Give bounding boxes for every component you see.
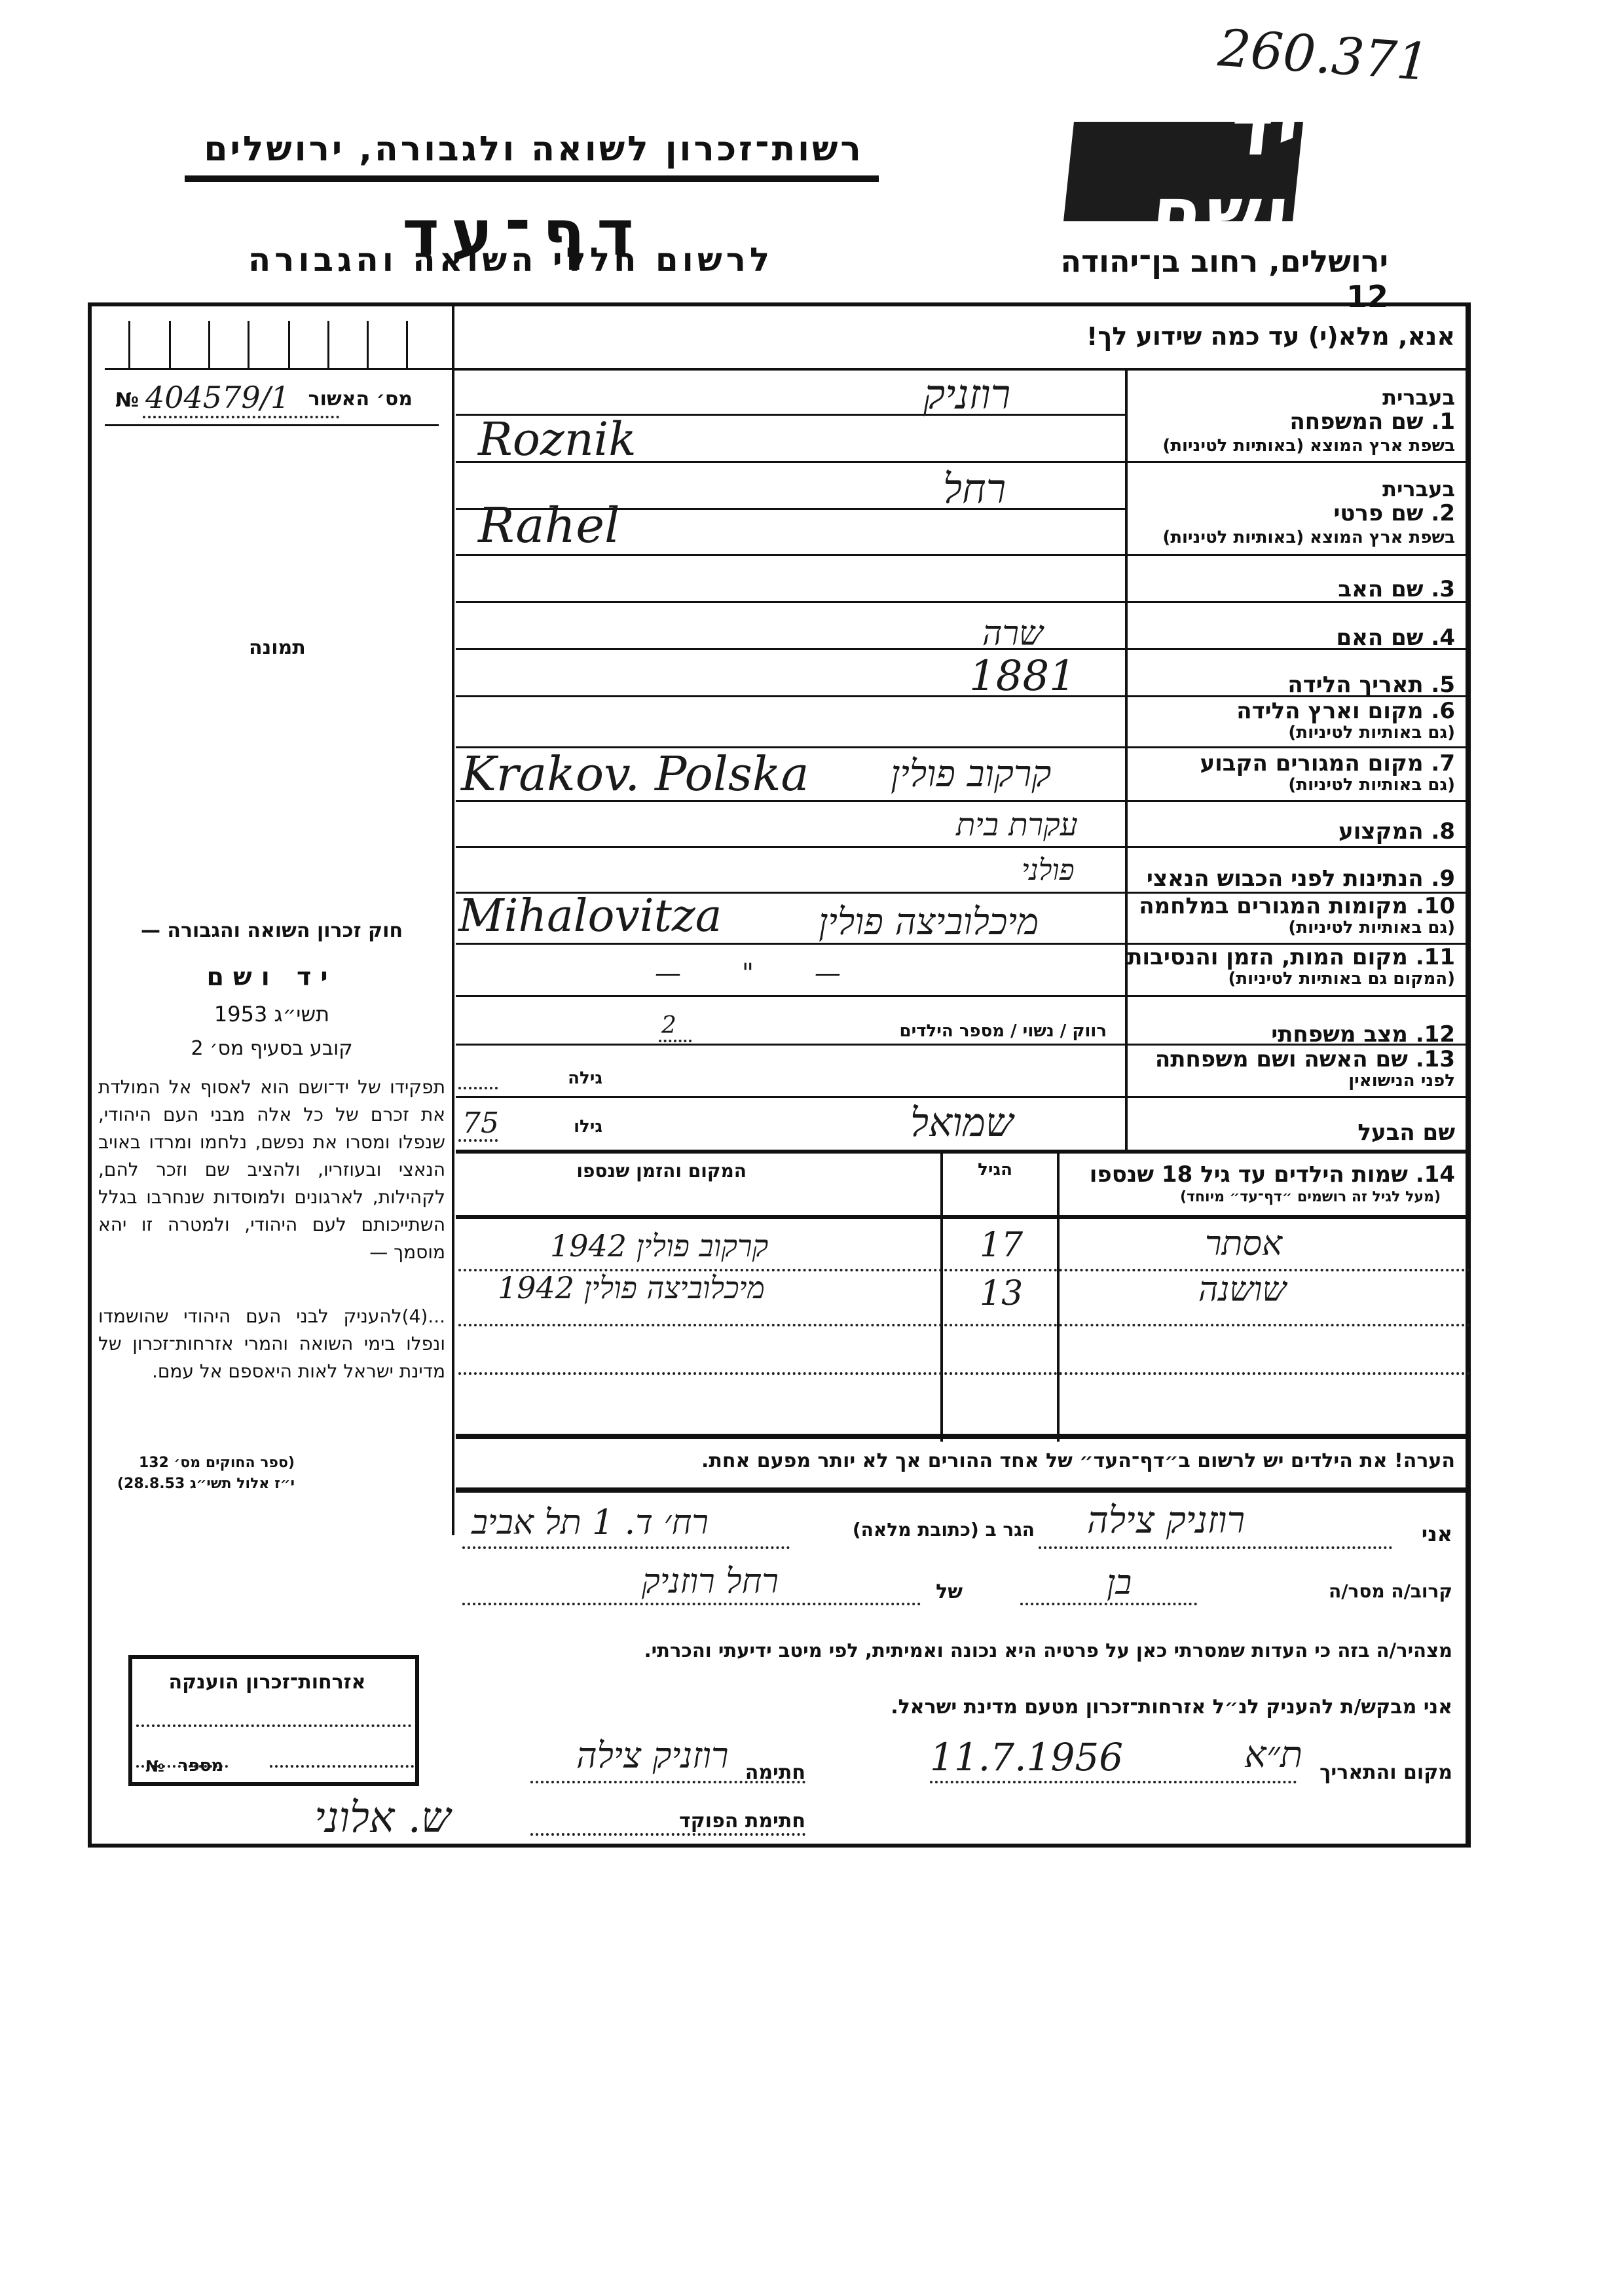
child-age[interactable]: 17 bbox=[980, 1226, 1023, 1265]
relation-value[interactable]: בן bbox=[1107, 1563, 1132, 1603]
organization-name: רשות־זכרון לשואה ולגבורה, ירושלים bbox=[177, 130, 891, 169]
field-10-sub: (גם באותיות לטיניות) bbox=[1288, 918, 1455, 938]
citizenship-request: אני מבקש/ת להעניק לנ״ל אזרחות־זכרון מטעם… bbox=[891, 1696, 1452, 1719]
field-9-label: 9. הנתינות לפני הכבוש הנאצי bbox=[1147, 866, 1455, 892]
relative-of-value[interactable]: רחל רוזניק bbox=[642, 1562, 779, 1601]
line bbox=[456, 648, 1471, 650]
citizenship-certificate-box: אזרחות־זכרון הוענקה № מספר bbox=[128, 1655, 419, 1786]
wartime-residence-hebrew[interactable]: מיכלוביצה פולין bbox=[819, 901, 1039, 943]
children-count-value[interactable]: 2 bbox=[661, 1012, 676, 1039]
of-label: של bbox=[936, 1580, 963, 1603]
certificate-line bbox=[136, 1724, 411, 1727]
line bbox=[456, 1487, 1471, 1493]
field-7-label: 7. מקום המגורים הקבוע bbox=[1200, 750, 1455, 776]
certificate-number-label: מספר bbox=[178, 1756, 223, 1776]
divider bbox=[105, 368, 452, 370]
child-place[interactable]: קרקוב פולין 1942 bbox=[550, 1228, 768, 1264]
approval-label: מס׳ האשור bbox=[308, 388, 413, 410]
divider bbox=[452, 306, 454, 372]
law-heading: חוק זכרון השואה והגבורה — bbox=[98, 919, 445, 942]
children-table-header-place: המקום והזמן שנספו bbox=[576, 1160, 747, 1182]
field-1-label: 1. שם המשפחה bbox=[1289, 409, 1455, 435]
law-body: תפקידו של יד־ושם הוא לאסוף אל המולדת את … bbox=[98, 1074, 445, 1266]
first-name-hebrew[interactable]: רחל bbox=[943, 465, 1006, 513]
declarant-i-label: אני bbox=[1422, 1522, 1452, 1546]
line bbox=[456, 1096, 1471, 1098]
law-citation-1: (ספר החוקים מס׳ 132 bbox=[98, 1455, 295, 1471]
table-column-divider bbox=[1057, 1154, 1060, 1442]
field-3-label: 3. שם האב bbox=[1338, 576, 1455, 602]
place-date-label: מקום והתאריך bbox=[1319, 1761, 1452, 1784]
child-name[interactable]: אסתר bbox=[1205, 1224, 1282, 1264]
date-value[interactable]: 11.7.1956 bbox=[930, 1735, 1123, 1779]
address-line bbox=[462, 1546, 790, 1549]
field-2-label: 2. שם פרטי bbox=[1333, 500, 1455, 526]
archive-number: 260.371 bbox=[1216, 19, 1431, 92]
field-6-sub: (גם באותיות לטיניות) bbox=[1288, 723, 1455, 742]
line bbox=[456, 601, 1471, 603]
official-signature[interactable]: ש. אלוני bbox=[314, 1794, 451, 1842]
law-name: יד ושם bbox=[98, 962, 445, 991]
children-count-line bbox=[659, 1040, 692, 1042]
husband-age-line bbox=[458, 1139, 498, 1142]
relation-line bbox=[1020, 1603, 1197, 1605]
certificate-title: אזרחות־זכרון הוענקה bbox=[132, 1671, 402, 1694]
child-age[interactable]: 13 bbox=[980, 1274, 1023, 1313]
family-name-hebrew[interactable]: רוזניק bbox=[923, 371, 1010, 419]
field-13-label: 13. שם האשה ושם משפחתה bbox=[1155, 1046, 1455, 1072]
death-place-value[interactable]: — " — bbox=[655, 958, 867, 989]
field-6-label: 6. מקום וארץ הלידה bbox=[1236, 698, 1455, 724]
signature-line bbox=[530, 1781, 805, 1783]
mother-name-value[interactable]: שרה bbox=[982, 614, 1043, 653]
header-rule bbox=[185, 175, 879, 182]
row-line bbox=[458, 1372, 1471, 1375]
approval-no-symbol: № bbox=[115, 389, 139, 412]
line bbox=[456, 846, 1471, 848]
line bbox=[456, 995, 1471, 997]
husband-name-value[interactable]: שמואל bbox=[910, 1100, 1013, 1146]
law-year: תשי״ג 1953 bbox=[98, 1002, 445, 1027]
nationality-value[interactable]: פולני bbox=[1022, 854, 1075, 887]
field-1-sub: בשפת ארץ המוצא (באותיות לטיניות) bbox=[1162, 436, 1455, 456]
children-note: הערה! את הילדים יש לרשום ב״דף־העד״ של אח… bbox=[701, 1449, 1455, 1472]
label-column-border bbox=[1125, 370, 1128, 1152]
divider bbox=[105, 424, 439, 426]
field-7-sub: (גם באותיות לטיניות) bbox=[1288, 775, 1455, 795]
official-signature-label: חתימת הפוקד bbox=[679, 1810, 805, 1832]
marital-status-options[interactable]: רווק / נשוי / מספר הילדים bbox=[899, 1021, 1107, 1041]
child-place[interactable]: מיכלוביצה פולין 1942 bbox=[498, 1270, 765, 1305]
children-table-header-names: 14. שמות הילדים עד גיל 18 שנספו bbox=[1090, 1161, 1455, 1188]
family-name-latin[interactable]: Roznik bbox=[478, 412, 637, 466]
field-11-label: 11. מקום המות, הזמן והנסיבות bbox=[1127, 944, 1455, 970]
place-value[interactable]: ת״א bbox=[1244, 1734, 1302, 1776]
logo-text: יד ושם bbox=[1060, 88, 1307, 255]
instructions: אנא, מלא(י) עד כמה שידוע לך! bbox=[1086, 322, 1455, 351]
birth-date-value[interactable]: 1881 bbox=[969, 652, 1076, 701]
line bbox=[456, 554, 1471, 556]
field-2-sub: בשפת ארץ המוצא (באותיות לטיניות) bbox=[1162, 528, 1455, 547]
husband-age-value[interactable]: 75 bbox=[462, 1106, 499, 1140]
law-section: קובע בסעיף מס׳ 2 bbox=[98, 1037, 445, 1060]
line bbox=[456, 1044, 1471, 1046]
wife-age-line bbox=[458, 1087, 498, 1089]
line bbox=[456, 1150, 1471, 1154]
residing-label: הגר ב (כתובת מלאה) bbox=[853, 1519, 1035, 1540]
field-8-label: 8. המקצוע bbox=[1338, 818, 1455, 845]
husband-name-label: שם הבעל bbox=[1357, 1120, 1455, 1146]
field-13-sub: לפני הנישואין bbox=[1348, 1071, 1455, 1091]
declarant-name-line bbox=[1039, 1546, 1392, 1549]
certificate-number-symbol: № bbox=[145, 1757, 164, 1776]
official-signature-line bbox=[530, 1833, 805, 1836]
place-date-line bbox=[930, 1781, 1297, 1783]
photo-placeholder-label: תמונה bbox=[249, 636, 306, 659]
relative-label: קרוב/ה מסר/ה bbox=[1329, 1580, 1452, 1602]
table-column-divider bbox=[940, 1154, 943, 1442]
field-5-label: 5. תאריך הלידה bbox=[1287, 672, 1455, 698]
law-clause: ...(4)להעניק לבני העם היהודי שהושמדו ונפ… bbox=[98, 1303, 445, 1385]
children-table-header-sub: (מעל לגיל זה רושמים ״דף־עד״ מיוחד) bbox=[1180, 1189, 1441, 1205]
wife-age-label: גילה bbox=[568, 1068, 602, 1088]
approval-number[interactable]: 404579/1 bbox=[145, 380, 289, 415]
line bbox=[456, 1215, 1471, 1219]
law-citation-2: י״ז אלול תשי״ג 28.8.53) bbox=[98, 1476, 295, 1492]
declaration-statement: מצהיר/ה בזה כי העדות שמסרתי כאן על פרטיה… bbox=[644, 1639, 1452, 1662]
line bbox=[456, 695, 1471, 697]
husband-age-label: גילו bbox=[574, 1117, 602, 1137]
profession-value[interactable]: עקרת בית bbox=[956, 807, 1078, 843]
field-11-sub: (המקום גם באותיות לטיניות) bbox=[1228, 969, 1455, 989]
residence-hebrew[interactable]: קרקוב פולין bbox=[891, 753, 1051, 795]
line bbox=[456, 1434, 1471, 1439]
declarant-signature[interactable]: רוזניק צילה bbox=[576, 1735, 729, 1776]
declarant-address-value[interactable]: רח׳ ד. 1 תל אביב bbox=[471, 1503, 709, 1542]
wartime-residence-latin[interactable]: Mihalovitza bbox=[458, 890, 722, 942]
left-column-border bbox=[452, 370, 454, 1535]
declarant-name-value[interactable]: רוזניק צילה bbox=[1087, 1499, 1245, 1542]
field-10-label: 10. מקומות המגורים במלחמה bbox=[1139, 893, 1455, 919]
hebrew-tag-2: בעברית bbox=[1382, 477, 1455, 501]
hebrew-tag-1: בעברית bbox=[1382, 385, 1455, 410]
row-line bbox=[458, 1324, 1471, 1326]
relative-of-line bbox=[462, 1603, 921, 1605]
first-name-latin[interactable]: Rahel bbox=[478, 498, 620, 554]
residence-latin[interactable]: Krakov. Polska bbox=[461, 746, 809, 801]
children-table-header-age: הגיל bbox=[978, 1160, 1012, 1180]
page-subtitle: לרשום חללי השואה והגבורה bbox=[196, 241, 825, 279]
approval-number-line bbox=[143, 416, 339, 418]
yad-vashem-logo: יד ושם bbox=[1063, 122, 1303, 221]
child-name[interactable]: שושנה bbox=[1198, 1270, 1286, 1309]
certificate-line bbox=[270, 1765, 414, 1768]
field-4-label: 4. שם האם bbox=[1336, 625, 1455, 651]
